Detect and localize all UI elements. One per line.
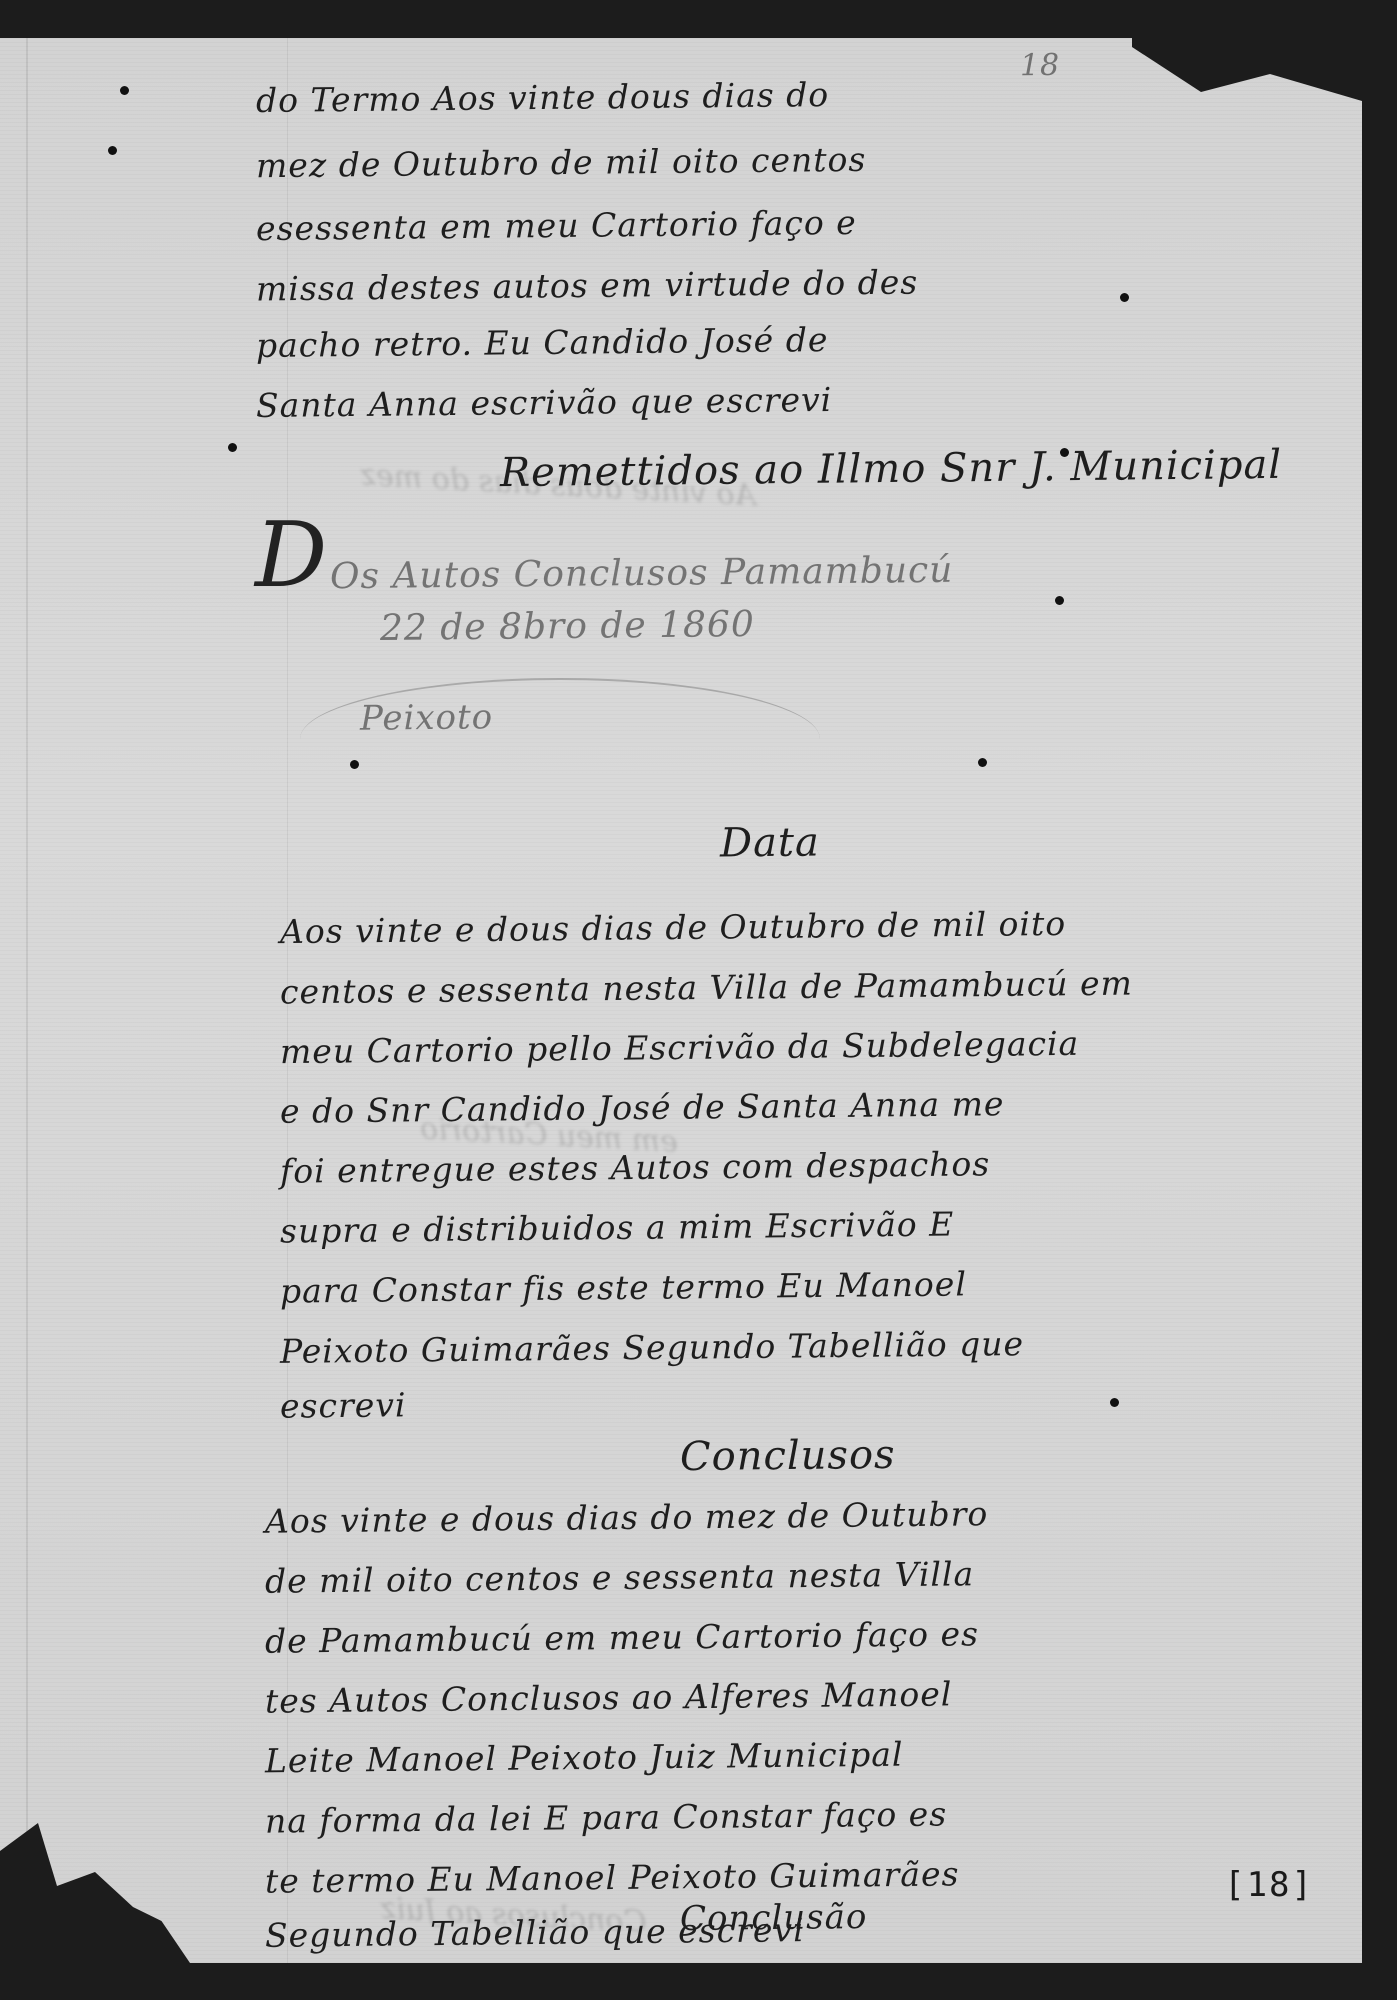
text-line: te termo Eu Manoel Peixoto Guimarães — [265, 1854, 960, 1900]
ink-spot — [978, 758, 987, 767]
closing-word: Conclusão — [680, 1897, 868, 1939]
text-line: esessenta em meu Cartorio faço e — [256, 203, 857, 248]
text-line: mez de Outubro de mil oito centos — [256, 140, 867, 185]
text-line: escrevi — [280, 1385, 407, 1425]
text-line: meu Cartorio pello Escrivão da Subdelega… — [280, 1024, 1080, 1071]
text-line: foi entregue estes Autos com despachos — [280, 1144, 991, 1190]
text-line: Santa Anna escrivão que escrevi — [256, 380, 833, 425]
text-line: de Pamambucú em meu Cartorio faço es — [265, 1614, 979, 1660]
text-line: missa destes autos em virtude do des — [256, 263, 919, 309]
text-line: do Termo Aos vinte dous dias do — [256, 75, 830, 120]
corner-note: 18 — [1020, 48, 1061, 83]
conclusos-heading: Conclusos — [680, 1432, 896, 1480]
decorative-initial: D — [255, 503, 327, 608]
text-line: Aos vinte e dous dias de Outubro de mil … — [280, 904, 1067, 951]
text-line: supra e distribuidos a mim Escrivão E — [280, 1204, 955, 1250]
ink-stain — [0, 1823, 190, 1963]
remessa-heading: Remettidos ao Illmo Snr J. Municipal — [500, 442, 1283, 496]
text-line: Peixoto Guimarães Segundo Tabellião que — [280, 1324, 1024, 1371]
dispatch-line: Os Autos Conclusos Pamambucú — [330, 550, 954, 598]
signature: Peixoto — [360, 697, 494, 738]
text-line: tes Autos Conclusos ao Alferes Manoel — [265, 1674, 953, 1720]
page-fold — [26, 38, 28, 1963]
ink-spot — [1110, 1398, 1119, 1407]
text-line: na forma da lei E para Constar faço es — [265, 1794, 948, 1840]
text-line: de mil oito centos e sessenta nesta Vill… — [265, 1554, 975, 1600]
manuscript-page: Ao vinte dous dias do mez em meu Cartori… — [0, 38, 1362, 1963]
folio-number: [18] — [1224, 1865, 1314, 1905]
data-heading: Data — [720, 819, 820, 866]
torn-corner — [1132, 38, 1362, 128]
ink-spot — [120, 86, 129, 95]
text-line: pacho retro. Eu Candido José de — [256, 320, 829, 365]
text-line: centos e sessenta nesta Villa de Pamambu… — [280, 964, 1133, 1012]
ink-spot — [1060, 448, 1069, 457]
text-line: para Constar fis este termo Eu Manoel — [280, 1264, 967, 1310]
text-line: e do Snr Candido José de Santa Anna me — [280, 1084, 1005, 1131]
signature-flourish — [300, 678, 820, 800]
ink-spot — [1120, 293, 1129, 302]
text-line: Leite Manoel Peixoto Juiz Municipal — [265, 1735, 904, 1781]
ink-spot — [108, 146, 117, 155]
ink-spot — [1055, 596, 1064, 605]
ink-spot — [228, 443, 237, 452]
ink-spot — [350, 760, 359, 769]
text-line: Aos vinte e dous dias do mez de Outubro — [265, 1494, 989, 1541]
dispatch-date: 22 de 8bro de 1860 — [380, 604, 755, 649]
